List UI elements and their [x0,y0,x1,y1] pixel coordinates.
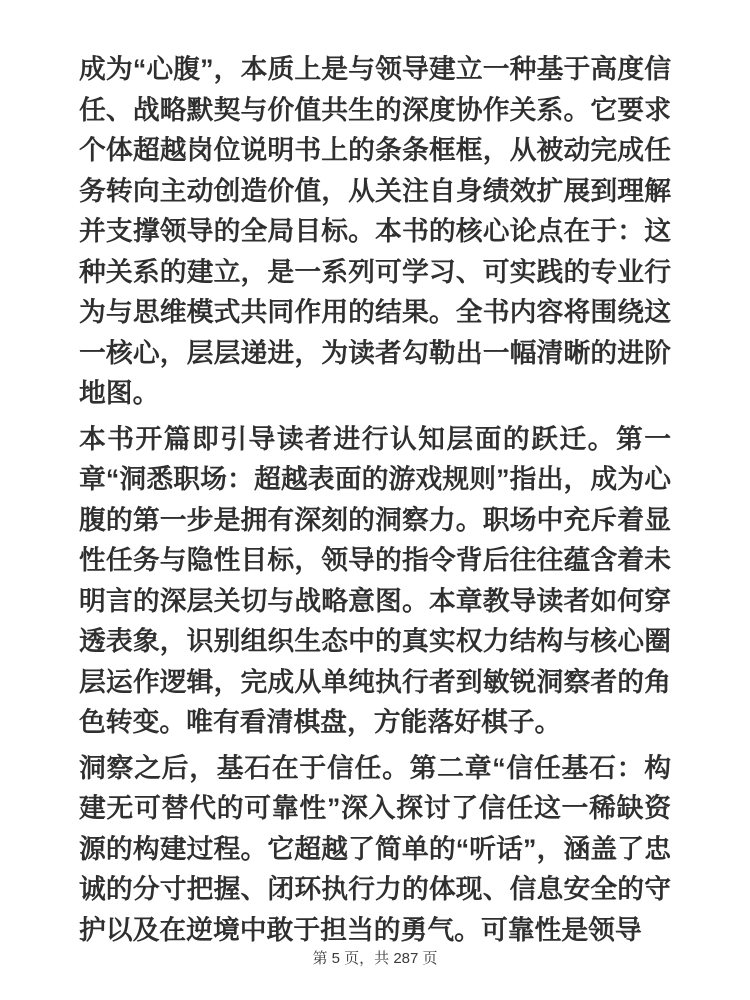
paragraph: 本书开篇即引导读者进行认知层面的跃迁。第一章“洞悉职场：超越表面的游戏规则”指出… [79,419,671,743]
page-number-footer: 第 5 页，共 287 页 [0,950,750,968]
page-text-area: 成为“心腹”，本质上是与领导建立一种基于高度信任、战略默契与价值共生的深度协作关… [79,49,671,948]
paragraph: 洞察之后，基石在于信任。第二章“信任基石：构建无可替代的可靠性”深入探讨了信任这… [79,748,671,949]
paragraph: 成为“心腹”，本质上是与领导建立一种基于高度信任、战略默契与价值共生的深度协作关… [79,49,671,414]
document-page: 成为“心腹”，本质上是与领导建立一种基于高度信任、战略默契与价值共生的深度协作关… [0,0,750,1000]
